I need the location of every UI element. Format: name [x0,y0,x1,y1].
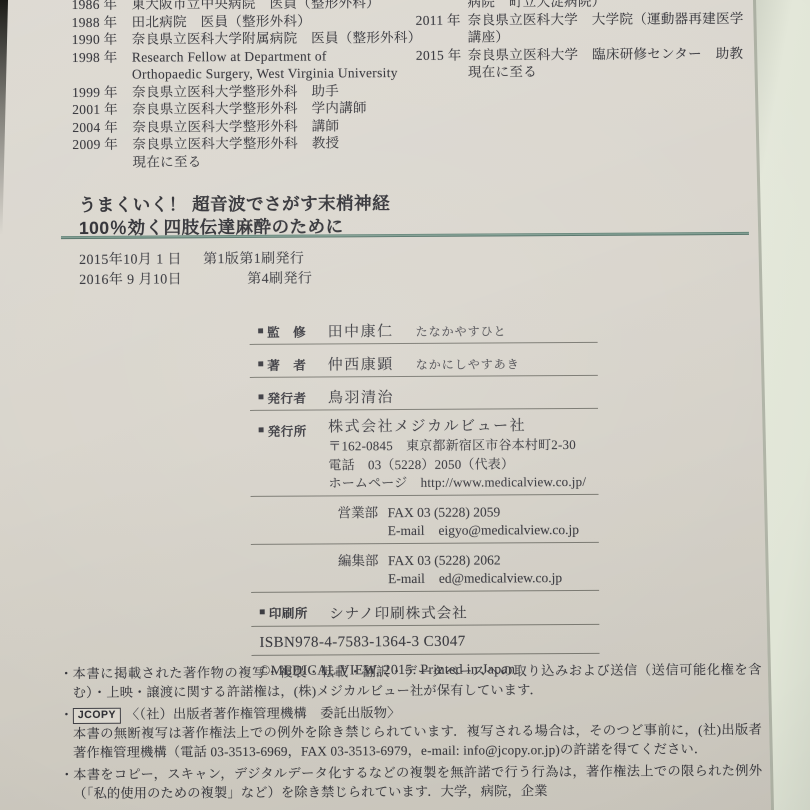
career-history-right-column: 病院 町立大淀病院） 2011 年 奈良県立医科大学 大学院（運動器再建医学 講… [415,0,766,81]
square-bullet-icon: ■ [258,360,265,370]
career-entry: 1988 年 田北病院 医員（整形外科） [72,11,422,31]
label-text: 印刷所 [269,603,308,621]
edition-line: 2015年10月 1 日 第1版第1刷発行 [79,250,312,271]
colophon-row-printer: ■印刷所 シナノ印刷株式会社 [251,590,599,625]
publisher-address: 〒162-0845 東京都新宿区市谷本村町2-30 [328,437,598,455]
person-kana: なかにしやすあき [416,352,520,373]
career-text: 奈良県立医科大学整形外科 助手 [132,81,422,100]
department-name: 営業部 [338,504,388,540]
department-email-line: E-maileigyo@medicalview.co.jp [388,520,579,539]
copyright-note: ・ 本書に掲載された著作物の複写・複製・転載・翻訳・データベースへの取り込みおよ… [60,660,762,702]
label-text: 発行所 [268,422,307,440]
career-line: Orthopaedic Surgery, West Virginia Unive… [132,64,422,83]
career-year: 2015 年 [416,46,468,81]
jcopy-logo: JCOPY [73,708,121,724]
note-text: 本書に掲載された著作物の複写・複製・転載・翻訳・データベースへの取り込みおよび送… [73,662,762,700]
career-entry: 1990 年 奈良県立医科大学附属病院 医員（整形外科） [72,29,422,49]
career-entry: 2004 年 奈良県立医科大学整形外科 講師 [72,116,422,136]
jcopy-note: ・ JCOPY〈（社）出版者著作権管理機構 委託出版物〉 本書の無断複写は著作権… [60,701,762,762]
book-colophon-page-photo: 1986 年 東大阪市立中央病院 医員（整形外科） 1988 年 田北病院 医員… [0,0,810,810]
career-entry: 2015 年 奈良県立医科大学 臨床研修センター 助教 現在に至る [416,44,766,81]
department-email-line: E-mailed@medicalview.co.jp [388,569,562,588]
person-kana: たなかやすひと [415,319,506,340]
career-entry: 2011 年 奈良県立医科大学 大学院（運動器再建医学 講座） [416,9,766,46]
career-entry: 2009 年 奈良県立医科大学整形外科 教授 現在に至る [72,134,422,171]
career-entry: 2001 年 奈良県立医科大学整形外科 学内講師 [72,99,422,119]
person-name: 鳥羽清治 [328,386,394,407]
department-lines: FAX 03 (5228) 2062 E-mailed@medicalview.… [388,551,562,588]
colophon-row-issuer: ■発行者 鳥羽清治 [250,376,598,410]
career-year: 1990 年 [72,31,132,49]
publisher-details: 株式会社メジカルビュー社 〒162-0845 東京都新宿区市谷本村町2-30 電… [328,418,598,492]
isbn-number: ISBN978-4-7583-1364-3 C3047 [251,624,599,654]
colophon-row-supervisor: ■監 修 田中康仁 たなかやすひと [249,310,597,344]
edition-date: 2016年 9 月10日 [79,270,203,290]
note-text: 本書の無断複写は著作権法上での例外を除き禁じられています．複写される場合は，その… [73,720,762,762]
career-line: 奈良県立医科大学 大学院（運動器再建医学 [468,9,766,28]
career-line: 奈良県立医科大学整形外科 学内講師 [132,99,422,118]
note-text: 本書をコピー，スキャン，デジタルデータ化するなどの複製を無許諾で行う行為は，著作… [73,763,762,801]
career-year: 1988 年 [72,13,132,31]
label-text: 発行者 [267,389,306,407]
colophon-row-label: ■発行所 [258,419,328,439]
reproduction-note: ・ 本書をコピー，スキャン，デジタルデータ化するなどの複製を無許諾で行う行為は，… [60,761,762,803]
colophon-row-label: ■印刷所 [259,601,329,621]
career-history-left-column: 1986 年 東大阪市立中央病院 医員（整形外科） 1988 年 田北病院 医員… [71,0,422,171]
email-address: eigyo@medicalview.co.jp [438,521,579,537]
career-entry: 1998 年 Research Fellow at Department of … [72,46,422,83]
department-fax: FAX 03 (5228) 2059 [388,502,579,521]
editorial-department-contact: 編集部 FAX 03 (5228) 2062 E-mailed@medicalv… [251,542,599,591]
career-text: 奈良県立医科大学整形外科 教授 現在に至る [132,134,422,171]
career-year: 2011 年 [416,11,468,46]
edition-label: 第4刷発行 [247,269,312,289]
career-line: 現在に至る [468,62,766,81]
career-line: Research Fellow at Department of [132,46,422,65]
career-line: 奈良県立医科大学整形外科 助手 [132,81,422,100]
career-year: 2009 年 [72,136,132,171]
person-name: 田中康仁 [327,320,393,341]
edition-line: 2016年 9 月10日 第4刷発行 [79,269,312,290]
career-year: 2001 年 [72,101,132,119]
career-text: 奈良県立医科大学整形外科 講師 [132,116,422,135]
career-text: 田北病院 医員（整形外科） [132,11,422,30]
career-text: 奈良県立医科大学 大学院（運動器再建医学 講座） [468,9,766,46]
square-bullet-icon: ■ [258,393,265,403]
colophon-row-label: ■著 者 [258,353,328,373]
label-text: 著 者 [267,356,306,374]
career-text: 奈良県立医科大学 臨床研修センター 助教 現在に至る [468,44,766,81]
colophon-row-label: ■監 修 [257,320,327,340]
note-text: 〈（社）出版者著作権管理機構 委託出版物〉 [126,705,401,722]
career-year: 1986 年 [71,0,131,14]
edition-label: 第1版第1刷発行 [203,250,304,270]
book-title-line1: うまくいく！ 超音波でさがす末梢神経 [79,192,391,216]
career-line: 奈良県立医科大学 臨床研修センター 助教 [468,44,766,63]
printer-name: シナノ印刷株式会社 [329,600,468,623]
career-year: 2004 年 [72,118,132,136]
email-label: E-mail [388,570,425,585]
sales-department-contact: 営業部 FAX 03 (5228) 2059 E-maileigyo@medic… [251,494,599,543]
career-text: 奈良県立医科大学附属病院 医員（整形外科） [132,29,422,48]
page-content: 1986 年 東大阪市立中央病院 医員（整形外科） 1988 年 田北病院 医員… [0,0,810,810]
career-line: 奈良県立医科大学附属病院 医員（整形外科） [132,29,422,48]
square-bullet-icon: ■ [259,607,266,617]
department-lines: FAX 03 (5228) 2059 E-maileigyo@medicalvi… [388,502,579,539]
square-bullet-icon: ■ [258,327,265,337]
career-text: Research Fellow at Department of Orthopa… [132,46,422,83]
email-label: E-mail [388,522,425,537]
career-entry: 1999 年 奈良県立医科大学整形外科 助手 [72,81,422,101]
edition-dates: 2015年10月 1 日 第1版第1刷発行 2016年 9 月10日 第4刷発行 [79,250,312,290]
book-title: うまくいく！ 超音波でさがす末梢神経 100％効く四肢伝達麻酔のために [79,192,391,239]
publisher-name: 株式会社メジカルビュー社 [328,418,598,437]
department-fax: FAX 03 (5228) 2062 [388,551,562,570]
career-line: 奈良県立医科大学整形外科 講師 [132,116,422,135]
legal-notes: ・ 本書に掲載された著作物の複写・複製・転載・翻訳・データベースへの取り込みおよ… [60,660,763,806]
note-bullet: ・ [60,664,74,683]
department-name: 編集部 [338,552,388,588]
square-bullet-icon: ■ [258,426,265,436]
career-line: 講座） [468,27,766,46]
publisher-homepage-url: ホームページ http://www.medicalview.co.jp/ [328,474,598,492]
note-bullet: ・ [60,705,74,724]
colophon-row-author: ■著 者 仲西康顕 なかにしやすあき [250,343,598,377]
label-text: 監 修 [267,323,306,341]
career-line: 田北病院 医員（整形外科） [132,11,422,30]
career-line: 奈良県立医科大学整形外科 教授 [132,134,422,153]
person-name: 仲西康顕 [328,353,394,374]
career-text: 奈良県立医科大学整形外科 学内講師 [132,99,422,118]
colophon-row-publisher: ■発行所 株式会社メジカルビュー社 〒162-0845 東京都新宿区市谷本村町2… [250,409,599,496]
career-year: 1998 年 [72,48,132,83]
colophon-block: ■監 修 田中康仁 たなかやすひと ■著 者 仲西康顕 なかにしやすあき ■発行… [249,310,599,680]
colophon-row-label: ■発行者 [258,386,328,406]
edition-date: 2015年10月 1 日 [79,250,203,270]
publisher-phone: 電話 03（5228）2050（代表） [328,455,598,473]
career-year: 1999 年 [72,83,132,101]
career-line: 現在に至る [132,151,422,170]
career-year [415,0,467,11]
note-bullet: ・ [60,765,74,784]
email-address: ed@medicalview.co.jp [439,570,562,586]
